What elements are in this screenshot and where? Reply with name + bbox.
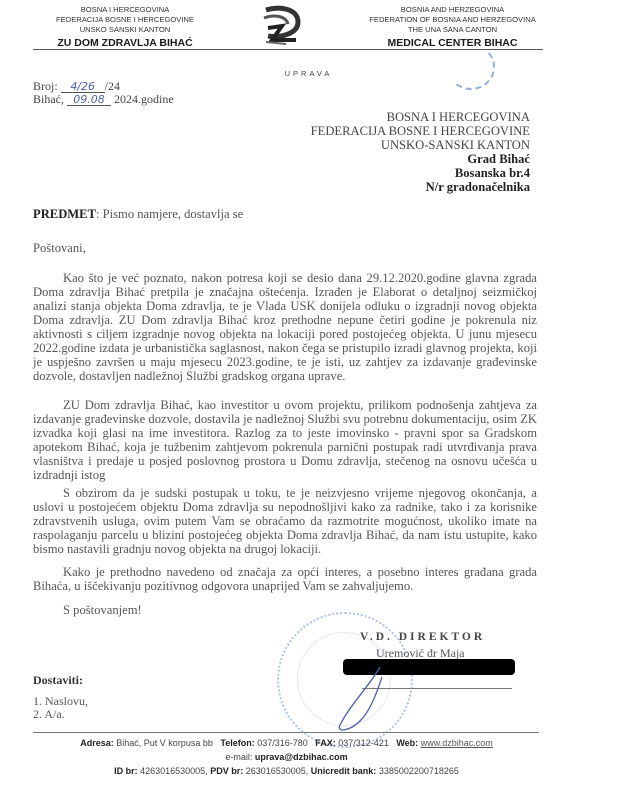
footer-id-label: ID br: [114, 766, 138, 776]
handwritten-signature-icon [310, 665, 430, 735]
subject-line: PREDMET: Pismo namjere, dostavlja se [33, 207, 243, 222]
body-paragraph-2: ZU Dom zdravlja Bihać, kao investitor u … [33, 398, 537, 482]
signatory-title: V.D. DIREKTOR [360, 631, 485, 643]
footer-phone: 037/316-780 [255, 738, 308, 748]
recipient-attention: N/r gradonačelnika [311, 180, 530, 194]
footer-web-link[interactable]: www.dzbihac.com [421, 738, 493, 748]
letterhead-left-line3: UNSKO SANSKI KANTON [40, 25, 210, 35]
footer-divider [33, 732, 539, 733]
footer-fax: 037/312-421 [336, 738, 389, 748]
date-label: Bihać, [33, 92, 64, 106]
body-paragraph-1: Kao što je već poznato, nakon potresa ko… [33, 271, 537, 383]
letterhead-right: BOSNIA AND HERZEGOVINA FEDERATION OF BOS… [360, 5, 545, 50]
footer-web-label: Web: [396, 738, 418, 748]
letterhead-left: BOSNA I HERCEGOVINA FEDERACIJA BOSNE I H… [40, 5, 210, 50]
closing: S poštovanjem! [63, 603, 142, 618]
body-paragraph-3: S obzirom da je sudski postupak u toku, … [33, 486, 537, 556]
footer-address: Bihać, Put V korpusa bb [114, 738, 213, 748]
dz-logo-icon [258, 4, 308, 48]
footer-pdv: 263016530005, [243, 766, 308, 776]
stamp-partial-icon [447, 44, 495, 90]
footer-email[interactable]: uprava@dzbihac.com [252, 752, 347, 762]
document-meta: Broj: 4/26/24 Bihać, 09.08 2024.godine [33, 80, 174, 106]
footer-email-label: e-mail: [225, 752, 252, 762]
footer-fax-label: FAX: [315, 738, 336, 748]
footer-line3: ID br: 4263016530005, PDV br: 2630165300… [0, 764, 573, 778]
recipient-line1: BOSNA I HERCEGOVINA [311, 110, 530, 124]
reference-suffix: /24 [105, 79, 120, 93]
recipient-line2: FEDERACIJA BOSNE I HERCEGOVINE [311, 124, 530, 138]
footer-line2: e-mail: uprava@dzbihac.com [0, 750, 573, 764]
letterhead-right-line3: THE UNA SANA CANTON [360, 25, 545, 35]
reference-label: Broj: [33, 79, 58, 93]
letterhead-left-line1: BOSNA I HERCEGOVINA [40, 5, 210, 15]
body-paragraph-4: Kako je prethodno navedeno od značaja za… [33, 565, 537, 593]
recipient-line3: UNSKO-SANSKI KANTON [311, 138, 530, 152]
subject-label: PREDMET [33, 207, 96, 221]
letterhead-left-line2: FEDERACIJA BOSNE I HERCEGOVINE [40, 15, 210, 25]
letterhead-right-org: MEDICAL CENTER BIHAC [360, 36, 545, 50]
reference-handwritten: 4/26 [61, 81, 105, 93]
footer: Adresa: Bihać, Put V korpusa bb Telefon:… [0, 736, 573, 778]
letterhead-right-line2: FEDERATION OF BOSNIA AND HERZEGOVINA [360, 15, 545, 25]
greeting: Poštovani, [33, 241, 86, 256]
letterhead-left-org: ZU DOM ZDRAVLJA BIHAĆ [40, 36, 210, 50]
footer-id: 4263016530005, [138, 766, 208, 776]
footer-line1: Adresa: Bihać, Put V korpusa bb Telefon:… [0, 736, 573, 750]
distribution-item: 2. A/a. [33, 708, 88, 721]
subject-text: : Pismo namjere, dostavlja se [96, 207, 243, 221]
recipient-block: BOSNA I HERCEGOVINA FEDERACIJA BOSNE I H… [311, 110, 530, 194]
recipient-city: Grad Bihać [311, 152, 530, 166]
distribution-list: 1. Naslovu, 2. A/a. [33, 695, 88, 721]
date-handwritten: 09.08 [67, 94, 111, 106]
document-date: Bihać, 09.08 2024.godine [33, 93, 174, 106]
date-suffix: 2024.godine [114, 92, 174, 106]
distribution-label: Dostaviti: [33, 673, 83, 688]
footer-address-label: Adresa: [80, 738, 114, 748]
footer-bank-label: Unicredit bank: [311, 766, 377, 776]
letterhead-right-line1: BOSNIA AND HERZEGOVINA [360, 5, 545, 15]
footer-bank: 3385002200718265 [376, 766, 459, 776]
department-label: UPRAVA [0, 69, 617, 78]
footer-pdv-label: PDV br: [210, 766, 243, 776]
recipient-address: Bosanska br.4 [311, 166, 530, 180]
footer-phone-label: Telefon: [220, 738, 254, 748]
